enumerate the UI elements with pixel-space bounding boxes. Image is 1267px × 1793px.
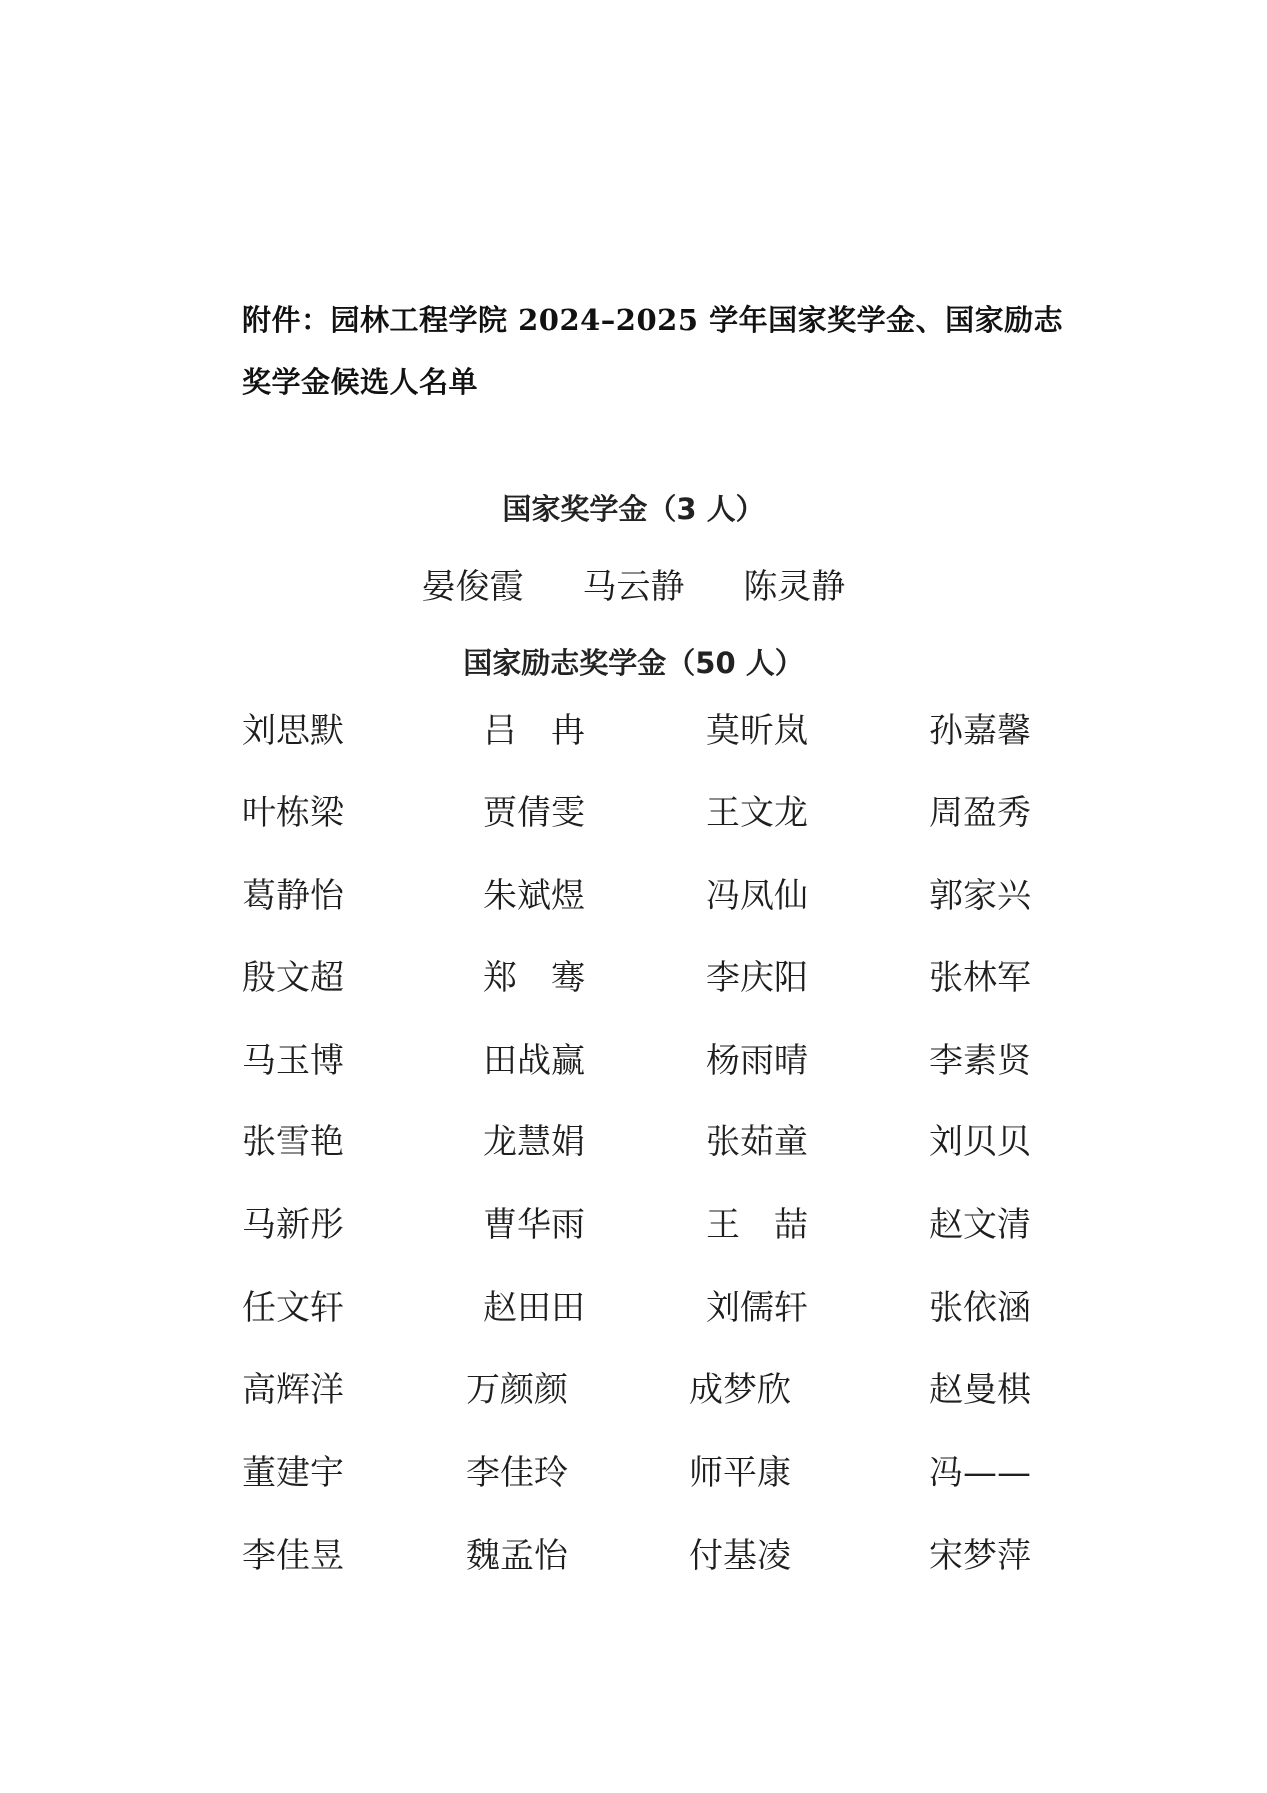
candidate-name: 张依涵	[929, 1288, 1031, 1328]
candidate-name: 刘贝贝	[929, 1122, 1031, 1162]
candidate-name: 马玉博	[242, 1041, 344, 1081]
candidate-name: 万颜颜	[466, 1370, 568, 1410]
candidate-name: 莫昕岚	[706, 711, 808, 751]
candidate-name: 张茹童	[706, 1122, 808, 1162]
candidate-name: 师平康	[689, 1453, 791, 1493]
candidate-name: 曹华雨	[483, 1205, 585, 1245]
candidate-name: 付基凌	[689, 1536, 791, 1576]
candidate-name: 张林军	[929, 958, 1031, 998]
candidate-name: 冯凤仙	[706, 876, 808, 916]
candidate-name: 李素贤	[929, 1041, 1031, 1081]
candidate-name: 葛静怡	[242, 876, 344, 916]
candidate-name: 冯——	[929, 1453, 1031, 1493]
candidate-name: 周盈秀	[929, 793, 1031, 833]
candidate-name: 魏孟怡	[466, 1536, 568, 1576]
candidate-name: 杨雨晴	[706, 1041, 808, 1081]
candidate-name: 董建宇	[242, 1453, 344, 1493]
candidate-name: 孙嘉馨	[929, 711, 1031, 751]
candidate-name: 朱斌煜	[483, 876, 585, 916]
candidate-name: 任文轩	[242, 1288, 344, 1328]
candidate-name: 刘思默	[242, 711, 344, 751]
inspirational-scholarship-name-grid: 刘思默吕 冉莫昕岚孙嘉馨叶栋梁贾倩雯王文龙周盈秀葛静怡朱斌煜冯凤仙郭家兴殷文超郑…	[0, 0, 1267, 1793]
candidate-name: 叶栋梁	[242, 793, 344, 833]
candidate-name: 李佳昱	[242, 1536, 344, 1576]
candidate-name: 宋梦萍	[929, 1536, 1031, 1576]
candidate-name: 张雪艳	[242, 1122, 344, 1162]
candidate-name: 赵文清	[929, 1205, 1031, 1245]
candidate-name: 田战赢	[483, 1041, 585, 1081]
candidate-name: 殷文超	[242, 958, 344, 998]
candidate-name: 马新彤	[242, 1205, 344, 1245]
candidate-name: 郭家兴	[929, 876, 1031, 916]
candidate-name: 贾倩雯	[483, 793, 585, 833]
candidate-name: 赵田田	[483, 1288, 585, 1328]
candidate-name: 成梦欣	[689, 1370, 791, 1410]
candidate-name: 吕 冉	[483, 711, 585, 751]
candidate-name: 刘儒轩	[706, 1288, 808, 1328]
candidate-name: 王文龙	[706, 793, 808, 833]
candidate-name: 李佳玲	[466, 1453, 568, 1493]
candidate-name: 郑 骞	[483, 958, 585, 998]
candidate-name: 龙慧娟	[483, 1122, 585, 1162]
candidate-name: 赵曼棋	[929, 1370, 1031, 1410]
candidate-name: 高辉洋	[242, 1370, 344, 1410]
candidate-name: 王 喆	[706, 1205, 808, 1245]
candidate-name: 李庆阳	[706, 958, 808, 998]
